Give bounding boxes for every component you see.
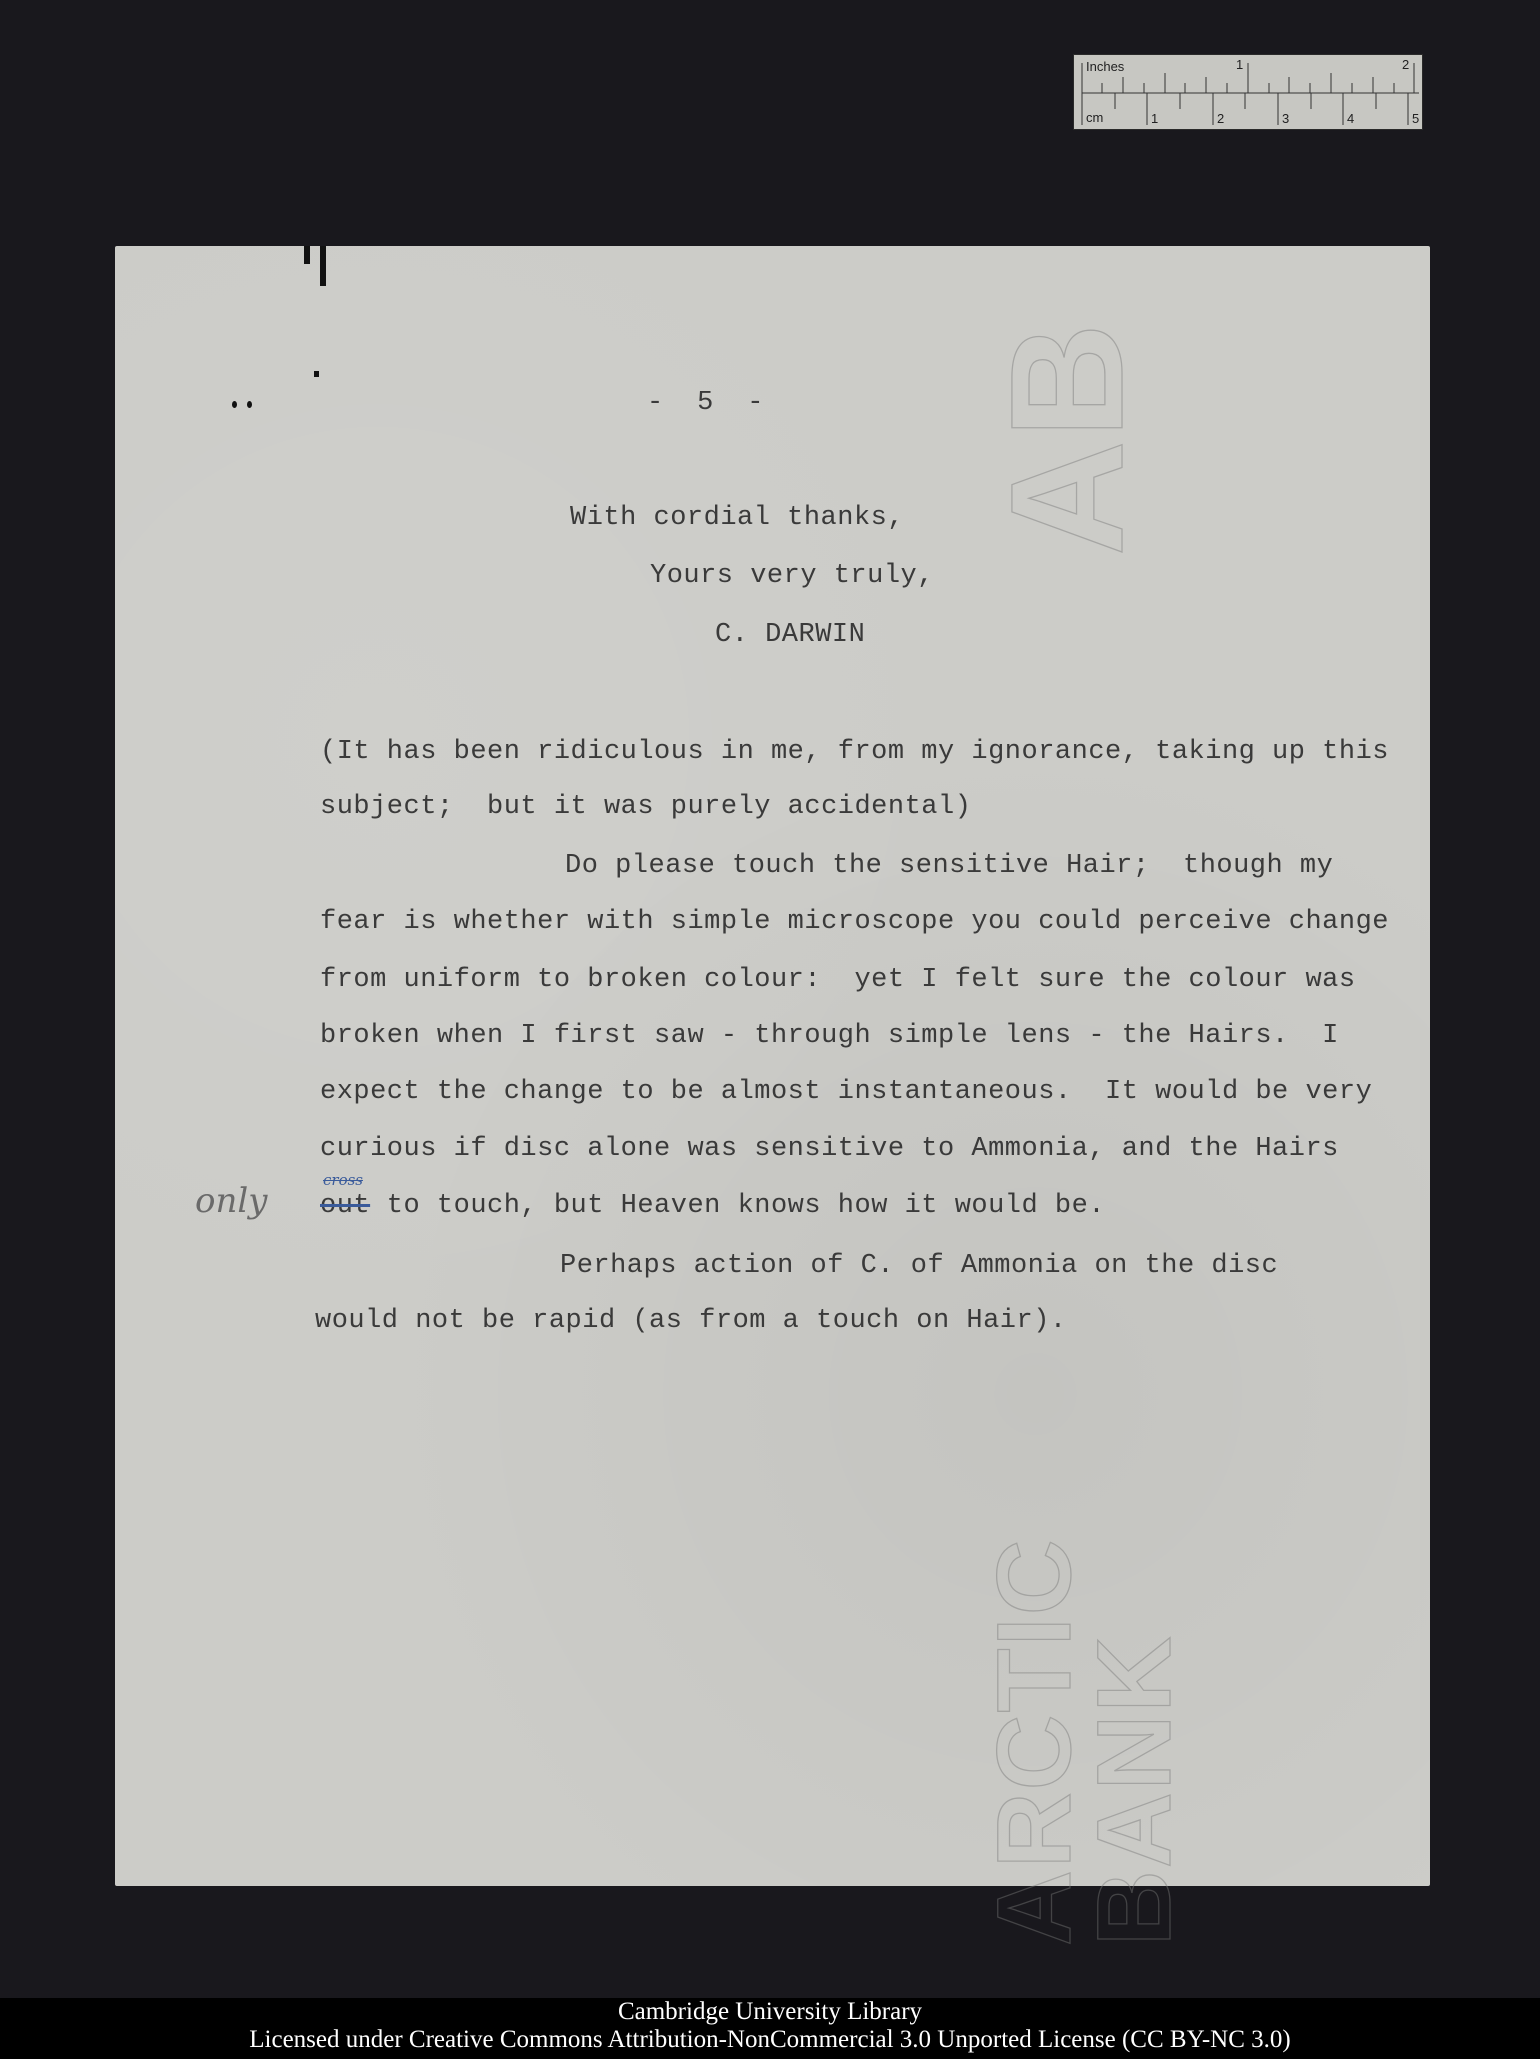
ruler-cm-5: 5 <box>1412 111 1419 126</box>
watermark-bank: BANK <box>1075 1635 1195 1946</box>
struck-word-out: out <box>320 1191 370 1221</box>
paragraph1-line-1: Do please touch the sensitive Hair; thou… <box>565 851 1333 881</box>
letter-signature: C. DARWIN <box>715 620 865 650</box>
license-footer: Cambridge University Library Licensed un… <box>0 1998 1540 2059</box>
page-number: - 5 - <box>647 388 764 418</box>
ruler-cm-3: 3 <box>1282 111 1289 126</box>
paragraph2-line-2: would not be rapid (as from a touch on H… <box>315 1306 1067 1336</box>
ruler-cm-1: 1 <box>1151 111 1158 126</box>
paragraph1-line-4: broken when I first saw - through simple… <box>320 1021 1339 1051</box>
paragraph1-line-2: fear is whether with simple microscope y… <box>320 907 1389 937</box>
paragraph1-line-5: expect the change to be almost instantan… <box>320 1077 1372 1107</box>
postscript-line-2: subject; but it was purely accidental) <box>320 792 971 822</box>
ruler-ticks <box>1074 55 1424 131</box>
footer-license-text: Licensed under Creative Commons Attribut… <box>0 2026 1540 2054</box>
watermark-top: AB <box>975 321 1159 556</box>
footer-library-name: Cambridge University Library <box>0 1998 1540 2026</box>
paragraph2-line-1: Perhaps action of C. of Ammonia on the d… <box>560 1251 1278 1281</box>
ruler-cm-2: 2 <box>1217 111 1224 126</box>
paragraph1-line-3: from uniform to broken colour: yet I fel… <box>320 965 1356 995</box>
paper-hole-mark <box>247 401 252 408</box>
letter-closing: With cordial thanks, <box>570 503 904 533</box>
letter-valediction: Yours very truly, <box>650 561 934 591</box>
paper-pin-mark <box>320 246 326 286</box>
paper-tear-mark <box>304 246 310 264</box>
ruler-cm-4: 4 <box>1347 111 1354 126</box>
paragraph1-line-7-text: to touch, but Heaven knows how it would … <box>370 1191 1105 1221</box>
ruler-inch-1: 1 <box>1236 57 1243 72</box>
paragraph1-line-7: out to touch, but Heaven knows how it wo… <box>320 1191 1105 1221</box>
postscript-line-1: (It has been ridiculous in me, from my i… <box>320 737 1389 767</box>
paper-hole-mark <box>232 401 237 408</box>
ruler-inch-2: 2 <box>1402 57 1409 72</box>
scale-ruler: Inches 1 2 cm 1 2 3 4 5 <box>1073 54 1423 130</box>
letter-page: AB ARCTIC BANK - 5 - With cordial thanks… <box>115 246 1430 1886</box>
ruler-cm-label: cm <box>1086 110 1103 125</box>
paragraph1-line-6: curious if disc alone was sensitive to A… <box>320 1134 1339 1164</box>
margin-note-only: only <box>195 1181 267 1221</box>
paper-hole-mark <box>314 371 319 377</box>
inserted-word-cross: cross <box>323 1171 363 1189</box>
ruler-inches-label: Inches <box>1086 59 1124 74</box>
